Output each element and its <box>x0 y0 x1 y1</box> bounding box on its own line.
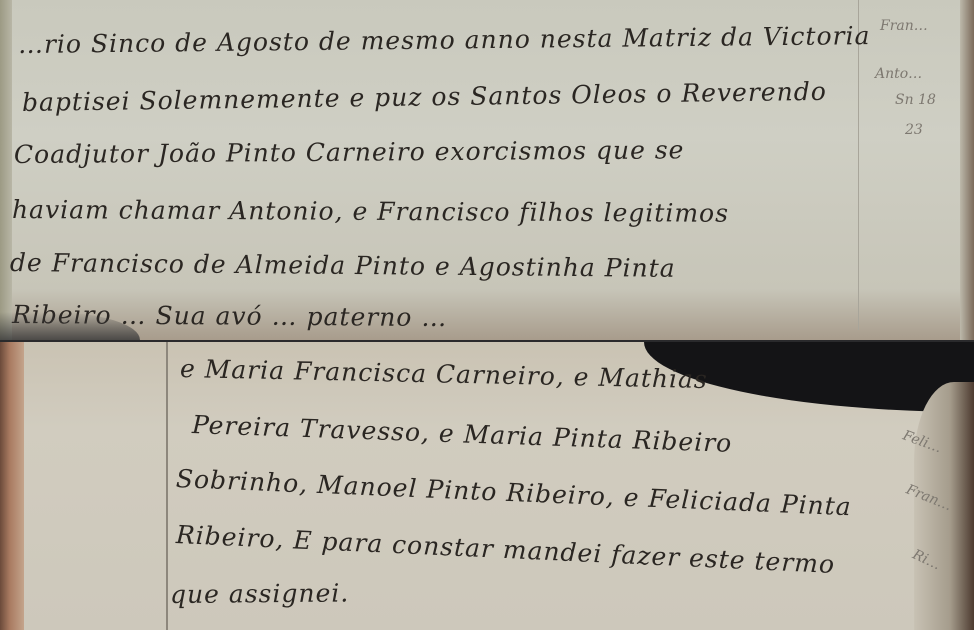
handwritten-line: Sobrinho, Manoel Pinto Ribeiro, e Felici… <box>175 464 852 521</box>
margin-note: Anto… <box>875 66 922 82</box>
margin-note: Fran… <box>880 18 928 34</box>
handwritten-line: …rio Sinco de Agosto de mesmo anno nesta… <box>18 21 871 59</box>
margin-note: Sn 18 <box>895 92 936 108</box>
margin-rule <box>166 342 168 630</box>
book-binding-edge <box>0 342 24 630</box>
handwritten-line: Pereira Travesso, e Maria Pinta Ribeiro <box>191 410 732 458</box>
handwritten-line: e Maria Francisca Carneiro, e Mathias <box>180 354 708 394</box>
page-right-edge <box>960 0 974 340</box>
bottom-page-fragment: e Maria Francisca Carneiro, e Mathias Pe… <box>0 342 974 630</box>
handwritten-line: Ribeiro, E para constar mandei fazer est… <box>175 520 835 579</box>
top-page-fragment: …rio Sinco de Agosto de mesmo anno nesta… <box>0 0 974 340</box>
handwritten-line: Coadjutor João Pinto Carneiro exorcismos… <box>14 135 685 169</box>
page-left-edge <box>0 0 12 340</box>
handwritten-line: de Francisco de Almeida Pinto e Agostinh… <box>10 248 676 283</box>
handwritten-line: haviam chamar Antonio, e Francisco filho… <box>12 195 729 228</box>
margin-note: 23 <box>905 122 923 138</box>
handwritten-line: Ribeiro … Sua avó … paterno … <box>12 300 448 332</box>
handwritten-line: baptisei Solemnemente e puz os Santos Ol… <box>22 77 827 117</box>
handwritten-line: que assignei. <box>170 578 349 609</box>
